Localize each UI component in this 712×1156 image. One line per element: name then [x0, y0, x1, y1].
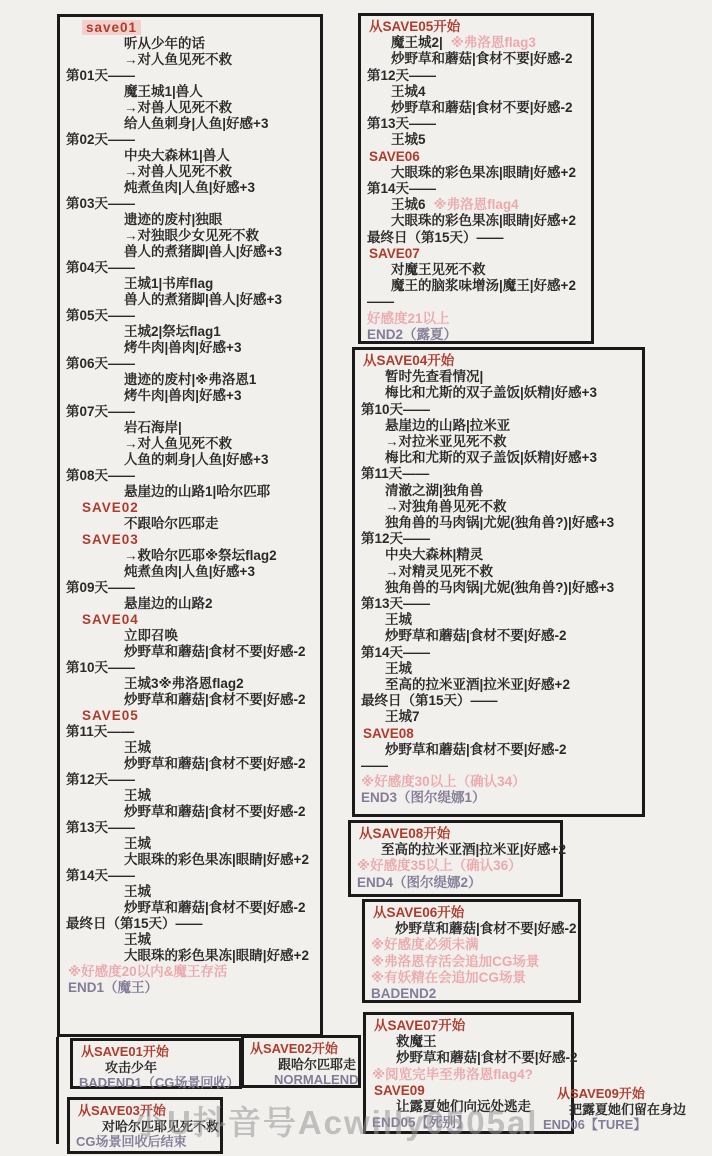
day-label: 最终日（第15天）—— [367, 230, 587, 246]
step-line: 对魔王见死不救 [391, 262, 587, 278]
step-line: 王城3※弗洛恩flag2 [124, 676, 316, 692]
step-line: 王城6※弗洛恩flag4 [391, 197, 587, 213]
save-label: 从SAVE09开始 [557, 1086, 712, 1102]
step-line: →对人鱼见死不救 [124, 52, 316, 68]
step-line: 悬崖边的山路1|哈尔匹耶 [124, 484, 316, 500]
flag-note: ※弗洛恩flag4 [434, 197, 519, 212]
step-line: 王城 [124, 740, 316, 756]
step-line: 炒野草和蘑菇|食材不要|好感-2 [395, 921, 574, 937]
condition-note: ※阅览完毕至弗洛恩flag4? [372, 1067, 567, 1083]
step-line: 炒野草和蘑菇|食材不要|好感-2 [385, 742, 638, 758]
step-line: 大眼珠的彩色果冻|眼睛|好感+2 [391, 165, 587, 181]
day-label: 第11天—— [66, 724, 316, 740]
day-label: 最终日（第15天）—— [66, 916, 316, 932]
step-line: 中央大森林1|兽人 [124, 148, 316, 164]
step-line: 炖煮鱼肉|人鱼|好感+3 [124, 564, 316, 580]
step-line: 王城 [124, 884, 316, 900]
step-line: 把露夏她们留在身边 [569, 1102, 712, 1118]
step-line: →对兽人见死不救 [124, 164, 316, 180]
day-label: 第06天—— [66, 356, 316, 372]
step-line: 魔王城2|※弗洛恩flag3 [391, 35, 587, 51]
step-line: 遗迹的废村|独眼 [124, 212, 316, 228]
ending-label: END2（露夏） [367, 327, 587, 343]
step-line: 不跟哈尔匹耶走 [124, 516, 316, 532]
from-save05-box: 从SAVE05开始魔王城2|※弗洛恩flag3炒野草和蘑菇|食材不要|好感-2第… [358, 13, 594, 344]
ending-label: BADEND2 [371, 986, 574, 1002]
save-label: SAVE08 [363, 726, 638, 742]
day-label: 第12天—— [66, 772, 316, 788]
save-label: 从SAVE01开始 [81, 1044, 235, 1060]
condition-note: ※好感度30以上（确认34） [361, 774, 638, 790]
step-line: 烤牛肉|兽肉|好感+3 [124, 340, 316, 356]
step-line: 给人鱼刺身|人鱼|好感+3 [124, 116, 316, 132]
step-line: 人鱼的刺身|人鱼|好感+3 [124, 452, 316, 468]
leftover-border-line [56, 1037, 59, 1144]
save-header: SAVE02 [82, 500, 316, 516]
step-line: 魔王的脑浆味增汤|魔王|好感+2 [391, 278, 587, 294]
step-line: 攻击少年 [105, 1060, 235, 1076]
save-header: SAVE04 [82, 612, 316, 628]
step-line: 王城5 [391, 132, 587, 148]
step-line: 炒野草和蘑菇|食材不要|好感-2 [124, 900, 316, 916]
step-line: 悬崖边的山路2 [124, 596, 316, 612]
step-line: 悬崖边的山路|拉米亚 [385, 418, 638, 434]
step-line: 独角兽的马肉锅|尤妮(独角兽?)|好感+3 [385, 580, 638, 596]
step-line: →对独角兽见死不救 [385, 499, 638, 515]
save-label: SAVE07 [369, 246, 587, 262]
step-line: 炒野草和蘑菇|食材不要|好感-2 [396, 1050, 567, 1066]
step-line: 跟哈尔匹耶走 [278, 1057, 354, 1073]
save-label: 从SAVE07开始 [374, 1018, 567, 1034]
step-line: 王城 [124, 836, 316, 852]
condition-note: ※弗洛恩存活会追加CG场景 [371, 954, 574, 970]
save-label: 从SAVE04开始 [363, 353, 638, 369]
step-line: 立即召唤 [124, 628, 316, 644]
step-line: 清澈之湖|独角兽 [385, 483, 638, 499]
step-line: 王城 [385, 612, 638, 628]
step-line: 至高的拉米亚酒|拉米亚|好感+2 [385, 677, 638, 693]
save-label: 从SAVE02开始 [250, 1041, 354, 1057]
step-line: 遗迹的废村|※弗洛恩1 [124, 372, 316, 388]
day-label: 第02天—— [66, 132, 316, 148]
flag-note: ※弗洛恩flag3 [451, 35, 536, 50]
day-label: 第01天—— [66, 68, 316, 84]
from-save09-block: 从SAVE09开始把露夏她们留在身边END06【TURE】 [543, 1086, 712, 1133]
step-line: 救魔王 [396, 1034, 567, 1050]
save-header: save01 [82, 20, 316, 36]
from-save08-box: 从SAVE08开始至高的拉米亚酒|拉米亚|好感+2※好感度35以上（确认36）E… [348, 820, 563, 897]
step-line: 炒野草和蘑菇|食材不要|好感-2 [124, 804, 316, 820]
day-label: 第14天—— [367, 181, 587, 197]
step-line: →对独眼少女见死不救 [124, 228, 316, 244]
day-label: 第14天—— [361, 645, 638, 661]
step-line: 王城 [124, 932, 316, 948]
day-label: 第13天—— [66, 820, 316, 836]
day-label: 第08天—— [66, 468, 316, 484]
step-line: 王城 [385, 661, 638, 677]
step-line: →救哈尔匹耶※祭坛flag2 [124, 548, 316, 564]
from-save06-box: 从SAVE06开始炒野草和蘑菇|食材不要|好感-2※好感度必须未满※弗洛恩存活会… [362, 899, 581, 1003]
step-line: 王城4 [391, 84, 587, 100]
from-save02-box: 从SAVE02开始跟哈尔匹耶走NORMALEND [241, 1035, 361, 1088]
condition-note: ※好感度35以上（确认36） [357, 858, 556, 874]
save-label: 从SAVE06开始 [373, 905, 574, 921]
step-line: 炖煮鱼肉|人鱼|好感+3 [124, 180, 316, 196]
day-label: 第04天—— [66, 260, 316, 276]
step-line: 梅比和尤斯的双子盖饭|妖精|好感+3 [385, 450, 638, 466]
ending-label: BADEND1（CG场景回收） [79, 1075, 235, 1091]
condition-note: ※有妖精在会追加CG场景 [371, 970, 574, 986]
ending-label: END06【TURE】 [543, 1117, 712, 1133]
save-header: SAVE05 [82, 708, 316, 724]
step-line: 炒野草和蘑菇|食材不要|好感-2 [124, 756, 316, 772]
day-label: 第07天—— [66, 404, 316, 420]
step-line: 烤牛肉|兽肉|好感+3 [124, 388, 316, 404]
step-line: 王城7 [385, 709, 638, 725]
step-line: →对精灵见死不救 [385, 564, 638, 580]
step-line: 梅比和尤斯的双子盖饭|妖精|好感+3 [385, 385, 638, 401]
step-line: 王城2|祭坛flag1 [124, 324, 316, 340]
day-label: 第13天—— [361, 596, 638, 612]
step-line: 听从少年的话 [124, 36, 316, 52]
step-line: 炒野草和蘑菇|食材不要|好感-2 [124, 692, 316, 708]
day-label: 第05天—— [66, 308, 316, 324]
save-header: SAVE03 [82, 532, 316, 548]
step-line: 炒野草和蘑菇|食材不要|好感-2 [124, 644, 316, 660]
step-line: 中央大森林|精灵 [385, 547, 638, 563]
from-save04-box: 从SAVE04开始暂时先查看情况|梅比和尤斯的双子盖饭|妖精|好感+3第10天—… [352, 347, 645, 817]
condition-note: 好感度21以上 [367, 311, 587, 327]
day-label: 第12天—— [367, 68, 587, 84]
save-label: 从SAVE08开始 [359, 826, 556, 842]
step-line: 大眼珠的彩色果冻|眼睛|好感+2 [124, 948, 316, 964]
step-line: 兽人的煮猪脚|兽人|好感+3 [124, 244, 316, 260]
day-label: 第12天—— [361, 531, 638, 547]
day-label: 第09天—— [66, 580, 316, 596]
condition-note: ※好感度必须未满 [371, 937, 574, 953]
ending-label: END4（图尔缇娜2） [357, 875, 556, 891]
step-line: 炒野草和蘑菇|食材不要|好感-2 [391, 100, 587, 116]
step-line: 独角兽的马肉锅|尤妮(独角兽?)|好感+3 [385, 515, 638, 531]
day-label: —— [367, 294, 587, 310]
ending-label: END3（图尔缇娜1） [361, 790, 638, 806]
day-label: 第03天—— [66, 196, 316, 212]
save01-route-box: save01听从少年的话→对人鱼见死不救第01天——魔王城1|兽人→对兽人见死不… [57, 14, 323, 1037]
save-label: 从SAVE05开始 [369, 19, 587, 35]
day-label: 第14天—— [66, 868, 316, 884]
day-label: 第10天—— [361, 402, 638, 418]
day-label: 第13天—— [367, 116, 587, 132]
step-line: 大眼珠的彩色果冻|眼睛|好感+2 [124, 852, 316, 868]
step-line: →对人鱼见死不救 [124, 436, 316, 452]
step-line: 岩石海岸| [124, 420, 316, 436]
condition-note: ※好感度20以内&魔王存活 [68, 964, 316, 980]
day-label: —— [361, 758, 638, 774]
step-line: 兽人的煮猪脚|兽人|好感+3 [124, 292, 316, 308]
ending-label: NORMALEND [274, 1072, 354, 1088]
step-line: 炒野草和蘑菇|食材不要|好感-2 [385, 628, 638, 644]
walkthrough-page: save01听从少年的话→对人鱼见死不救第01天——魔王城1|兽人→对兽人见死不… [0, 0, 712, 1156]
step-line: 魔王城1|兽人 [124, 84, 316, 100]
ending-label: END1（魔王） [68, 980, 316, 996]
save-label: SAVE06 [369, 149, 587, 165]
day-label: 最终日（第15天）—— [361, 693, 638, 709]
step-line: 大眼珠的彩色果冻|眼睛|好感+2 [391, 213, 587, 229]
step-line: 暂时先查看情况| [385, 369, 638, 385]
day-label: 第11天—— [361, 466, 638, 482]
step-line: →对兽人见死不救 [124, 100, 316, 116]
step-line: 炒野草和蘑菇|食材不要|好感-2 [391, 51, 587, 67]
step-line: 王城 [124, 788, 316, 804]
douyin-watermark: 小U抖音号Acwilly0505al [132, 1097, 538, 1144]
from-save01-box: 从SAVE01开始攻击少年BADEND1（CG场景回收） [70, 1038, 242, 1089]
day-label: 第10天—— [66, 660, 316, 676]
step-line: →对拉米亚见死不救 [385, 434, 638, 450]
step-line: 王城1|书库flag [124, 276, 316, 292]
step-line: 至高的拉米亚酒|拉米亚|好感+2 [381, 842, 556, 858]
